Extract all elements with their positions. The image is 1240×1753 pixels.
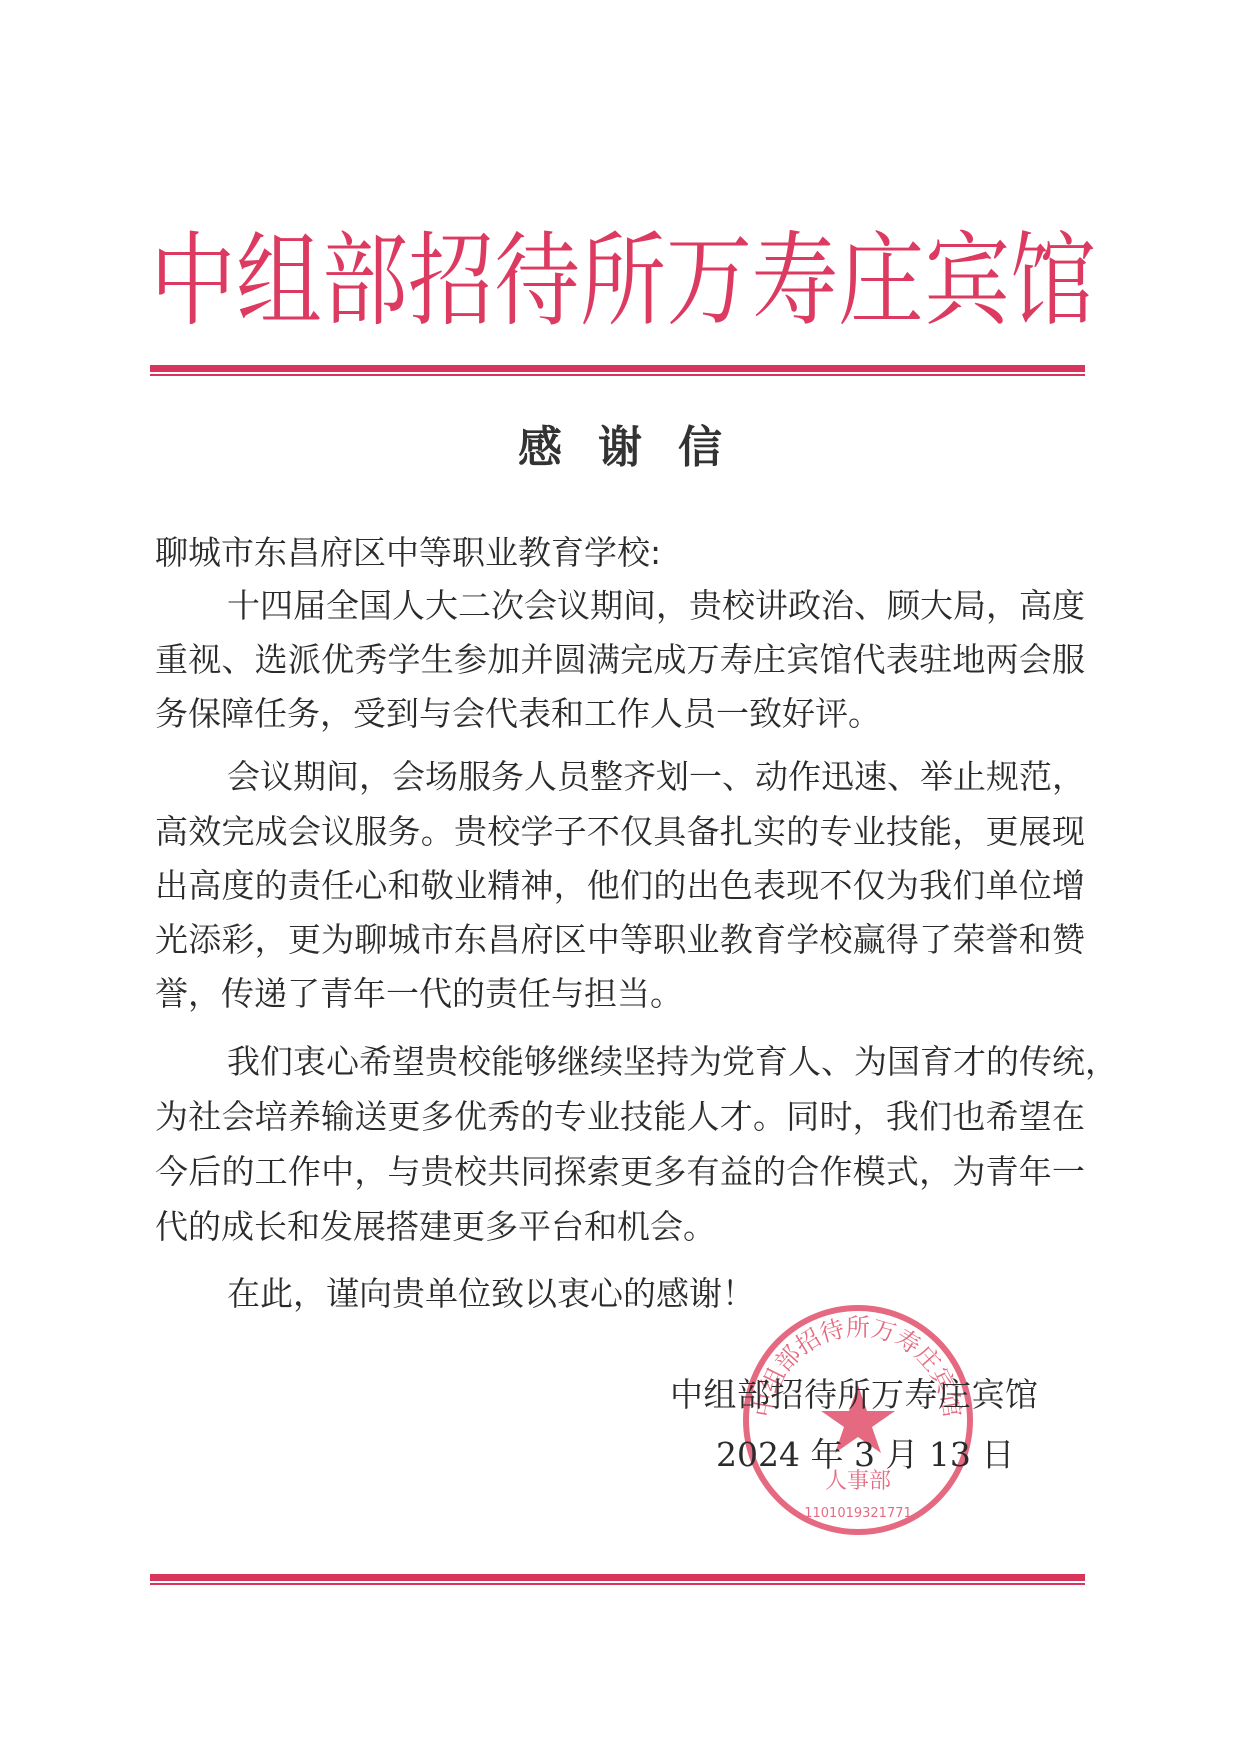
paragraph-3-line: 代的成长和发展搭建更多平台和机会。 [155, 1207, 1085, 1247]
paragraph-2-line: 出高度的责任心和敬业精神，他们的出色表现不仅为我们单位增 [155, 866, 1085, 906]
salutation: 聊城市东昌府区中等职业教育学校: [155, 533, 1085, 573]
letterhead-divider-top [150, 365, 1085, 376]
footer-divider [150, 1574, 1085, 1585]
paragraph-2-line: 光添彩，更为聊城市东昌府区中等职业教育学校赢得了荣誉和赞 [155, 920, 1085, 960]
signature-organization: 中组部招待所万寿庄宾馆 [670, 1375, 1039, 1415]
signature-date: 2024 年 3 月 13 日 [716, 1435, 1014, 1475]
paragraph-2-line: 誉，传递了青年一代的责任与担当。 [155, 974, 1085, 1014]
paragraph-3-line: 今后的工作中，与贵校共同探索更多有益的合作模式，为青年一 [155, 1152, 1085, 1192]
letterhead-title: 中 组 部 招 待 所 万 寿 庄 宾 馆 [150, 222, 1085, 342]
letterhead-char: 馆 [1010, 211, 1096, 353]
letterhead-char: 组 [236, 211, 322, 353]
letterhead-char: 宾 [924, 211, 1010, 353]
paragraph-3-line: 我们衷心希望贵校能够继续坚持为党育人、为国育才的传统， [227, 1042, 1085, 1082]
paragraph-3-line: 为社会培养输送更多优秀的专业技能人才。同时，我们也希望在 [155, 1097, 1085, 1137]
letterhead-char: 寿 [752, 211, 838, 353]
letterhead-char: 中 [150, 211, 236, 353]
paragraph-1-line: 务保障任务，受到与会代表和工作人员一致好评。 [155, 694, 1085, 734]
letterhead-char: 万 [666, 211, 752, 353]
paragraph-2-line: 高效完成会议服务。贵校学子不仅具备扎实的专业技能，更展现 [155, 812, 1085, 852]
letterhead-char: 所 [580, 211, 666, 353]
paragraph-1-line: 十四届全国人大二次会议期间，贵校讲政治、顾大局，高度 [227, 586, 1085, 626]
document-title: 感谢信 [0, 418, 1240, 478]
letterhead-char: 招 [408, 211, 494, 353]
letterhead-char: 待 [494, 211, 580, 353]
paragraph-2-line: 会议期间，会场服务人员整齐划一、动作迅速、举止规范， [227, 757, 1085, 797]
paragraph-1-line: 重视、选派优秀学生参加并圆满完成万寿庄宾馆代表驻地两会服 [155, 640, 1085, 680]
letterhead-char: 部 [322, 211, 408, 353]
official-seal-stamp: 中组部招待所万寿庄宾馆 人事部 1101019321771 [741, 1303, 975, 1537]
seal-code: 1101019321771 [804, 1506, 912, 1521]
letterhead-char: 庄 [838, 211, 924, 353]
